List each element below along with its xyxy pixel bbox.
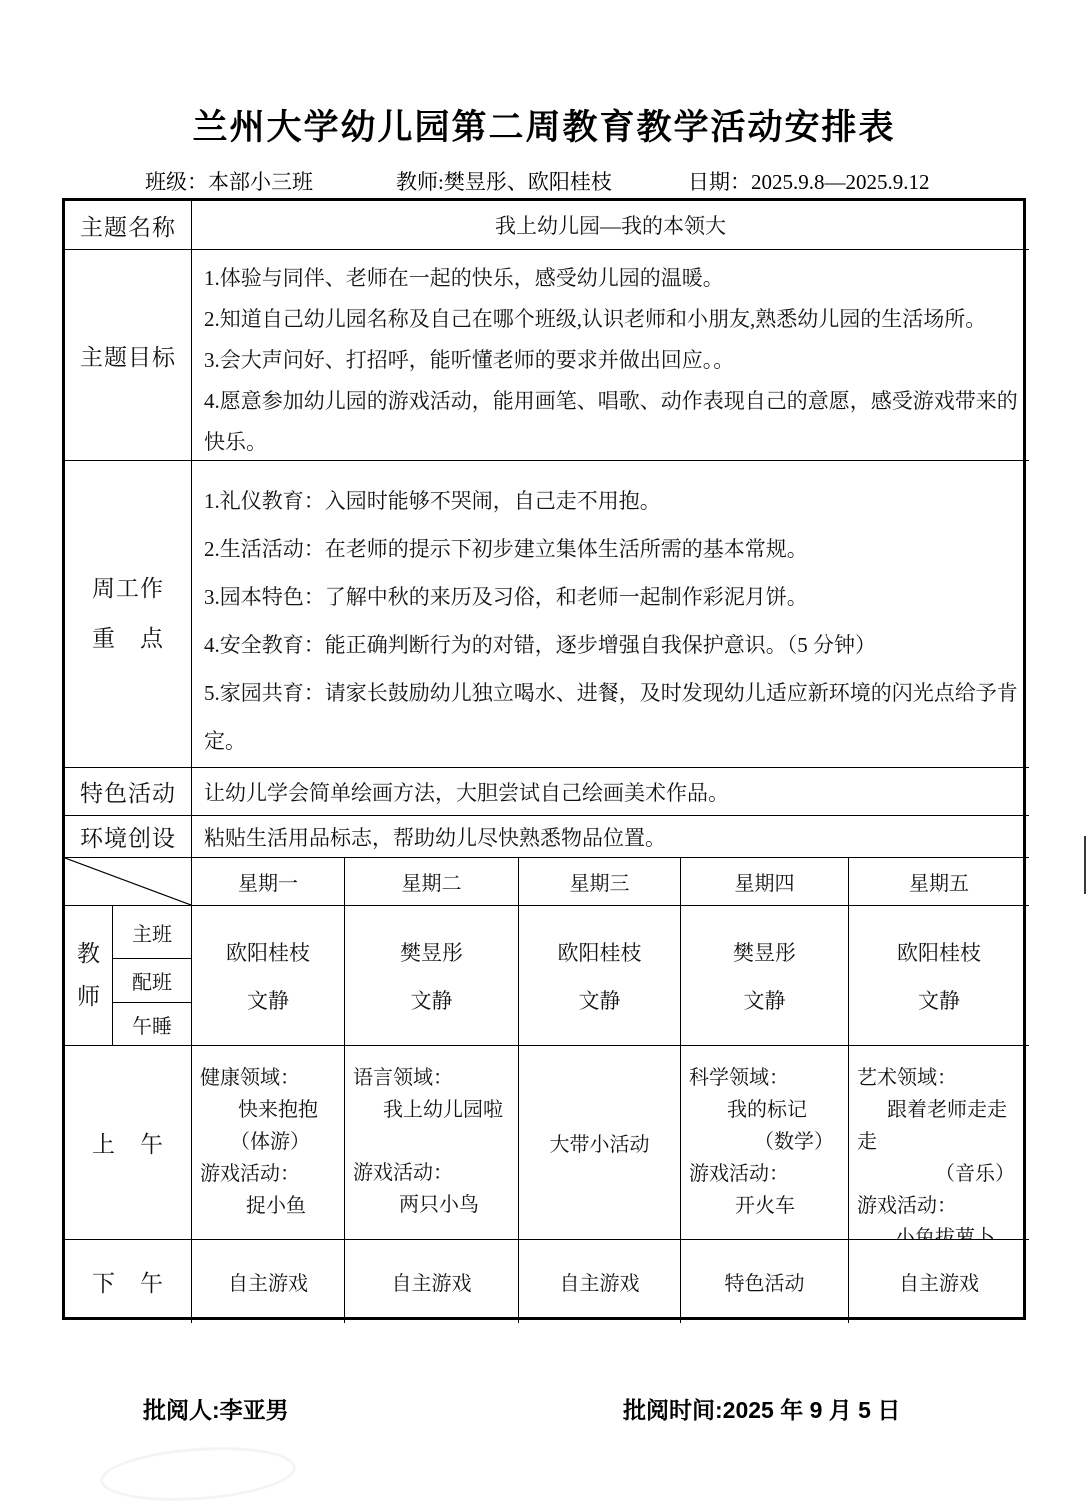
focus-item: 3.园本特色：了解中秋的来历及习俗，和老师一起制作彩泥月饼。 (204, 573, 1019, 621)
morning-cell-tuesday: 语言领域： 我上幼儿园啦 游戏活动： 两只小鸟 (345, 1046, 519, 1240)
weekday-header-thursday: 星期四 (681, 858, 849, 906)
game-label: 游戏活动： (200, 1158, 340, 1190)
diagonal-header-cell (65, 858, 192, 906)
theme-goals-content: 1.体验与同伴、老师在一起的快乐，感受幼儿园的温暖。 2.知道自己幼儿园名称及自… (192, 250, 1029, 461)
main-teacher: 欧阳桂枝 (226, 937, 310, 967)
domain-label: 语言领域： (353, 1062, 514, 1094)
morning-game-block: 游戏活动： 小兔拔萝卜 (857, 1190, 1025, 1240)
theme-goals-label: 主题目标 (65, 250, 192, 461)
goal-item: 3.会大声问好、打招呼，能听懂老师的要求并做出回应。。 (204, 340, 1019, 381)
class-info: 班级：本部小三班 (145, 166, 313, 196)
game-label: 游戏活动： (689, 1158, 844, 1190)
teacher-label-text: 教师 (75, 933, 103, 1018)
focus-item: 1.礼仪教育：入园时能够不哭闹，自己走不用抱。 (204, 477, 1019, 525)
focus-item: 5.家园共育：请家长鼓励幼儿独立喝水、进餐，及时发现幼儿适应新环境的闪光点给予肯… (204, 669, 1019, 765)
main-teacher: 欧阳桂枝 (558, 937, 642, 967)
activity-name: 我上幼儿园啦 (353, 1094, 514, 1126)
morning-lesson-block: 健康领域： 快来抱抱 （体游） (200, 1062, 340, 1158)
assist-teacher: 文静 (411, 985, 453, 1015)
afternoon-cell-monday: 自主游戏 (192, 1240, 345, 1323)
document-page: 兰州大学幼儿园第二周教育教学活动安排表 班级：本部小三班 教师:樊昱彤、欧阳桂枝… (0, 0, 1088, 1504)
morning-cell-monday: 健康领域： 快来抱抱 （体游） 游戏活动： 捉小鱼 (192, 1046, 345, 1240)
special-activity-label: 特色活动 (65, 768, 192, 816)
morning-row-label: 上 午 (65, 1046, 192, 1240)
theme-name-label: 主题名称 (65, 201, 192, 250)
goal-item: 1.体验与同伴、老师在一起的快乐，感受幼儿园的温暖。 (204, 258, 1019, 299)
environment-value: 粘贴生活用品标志，帮助幼儿尽快熟悉物品位置。 (192, 816, 1029, 858)
main-teacher: 欧阳桂枝 (897, 937, 981, 967)
assist-teacher: 文静 (744, 985, 786, 1015)
morning-cell-thursday: 科学领域： 我的标记 （数学） 游戏活动： 开火车 (681, 1046, 849, 1240)
activity-name: 快来抱抱 (200, 1094, 340, 1126)
morning-cell-wednesday: 大带小活动 (519, 1046, 681, 1240)
date-info: 日期：2025.9.8—2025.9.12 (688, 166, 930, 196)
activity-note: （音乐） (857, 1158, 1025, 1190)
morning-lesson-block: 语言领域： 我上幼儿园啦 (353, 1062, 514, 1126)
review-time: 批阅时间:2025 年 9 月 5 日 (623, 1392, 900, 1425)
morning-lesson-block: 科学领域： 我的标记 （数学） (689, 1062, 844, 1158)
teacher-cell-friday: 欧阳桂枝 文静 (849, 906, 1029, 1046)
activity-note: （数学） (689, 1126, 844, 1158)
scan-artifact-line (1084, 836, 1086, 894)
page-title: 兰州大学幼儿园第二周教育教学活动安排表 (0, 100, 1088, 150)
focus-item: 2.生活活动：在老师的提示下初步建立集体生活所需的基本常规。 (204, 525, 1019, 573)
main-teacher: 樊昱彤 (733, 937, 796, 967)
game-name: 开火车 (689, 1190, 844, 1222)
morning-cell-friday: 艺术领域： 跟着老师走走 走 （音乐） 游戏活动： 小兔拔萝卜 (849, 1046, 1029, 1240)
teacher-sub-label-assist: 配班 (113, 959, 192, 1003)
afternoon-cell-thursday: 特色活动 (681, 1240, 849, 1323)
teacher-info: 教师:樊昱彤、欧阳桂枝 (396, 166, 612, 196)
weekday-header-friday: 星期五 (849, 858, 1029, 906)
domain-label: 健康领域： (200, 1062, 340, 1094)
weekday-header-tuesday: 星期二 (345, 858, 519, 906)
game-label: 游戏活动： (353, 1157, 514, 1189)
afternoon-cell-friday: 自主游戏 (849, 1240, 1029, 1323)
activity-note: （体游） (200, 1126, 340, 1158)
teacher-sub-label-nap: 午睡 (113, 1003, 192, 1046)
activity-name: 跟着老师走走 (857, 1094, 1025, 1126)
morning-game-block: 游戏活动： 开火车 (689, 1158, 844, 1222)
diagonal-line (65, 858, 191, 905)
game-name: 两只小鸟 (353, 1189, 514, 1221)
focus-item: 4.安全教育：能正确判断行为的对错，逐步增强自我保护意识。（5 分钟） (204, 621, 1019, 669)
morning-game-block: 游戏活动： 两只小鸟 (353, 1157, 514, 1221)
activity-name: 大带小活动 (550, 1128, 650, 1157)
environment-label: 环境创设 (65, 816, 192, 858)
domain-label: 科学领域： (689, 1062, 844, 1094)
goal-item: 4.愿意参加幼儿园的游戏活动，能用画笔、唱歌、动作表现自己的意愿，感受游戏带来的… (204, 381, 1019, 461)
game-name: 捉小鱼 (200, 1190, 340, 1222)
afternoon-cell-wednesday: 自主游戏 (519, 1240, 681, 1323)
week-focus-label: 周工作 重 点 (65, 461, 192, 768)
teacher-row-label: 教师 (65, 906, 113, 1046)
domain-label: 艺术领域： (857, 1062, 1025, 1094)
assist-teacher: 文静 (579, 985, 621, 1015)
theme-name-value: 我上幼儿园—我的本领大 (192, 201, 1029, 250)
morning-game-block: 游戏活动： 捉小鱼 (200, 1158, 340, 1222)
afternoon-cell-tuesday: 自主游戏 (345, 1240, 519, 1323)
week-focus-label-line1: 周工作 (92, 564, 164, 614)
week-focus-content: 1.礼仪教育：入园时能够不哭闹，自己走不用抱。 2.生活活动：在老师的提示下初步… (192, 461, 1029, 768)
afternoon-row-label: 下 午 (65, 1240, 192, 1323)
scan-smudge (98, 1441, 297, 1504)
assist-teacher: 文静 (247, 985, 289, 1015)
teacher-sub-label-main: 主班 (113, 906, 192, 959)
goal-item: 2.知道自己幼儿园名称及自己在哪个班级,认识老师和小朋友,熟悉幼儿园的生活场所。 (204, 299, 1019, 340)
activity-name: 我的标记 (689, 1094, 844, 1126)
schedule-table: 主题名称 我上幼儿园—我的本领大 主题目标 1.体验与同伴、老师在一起的快乐，感… (62, 198, 1026, 1320)
assist-teacher: 文静 (918, 985, 960, 1015)
teacher-cell-monday: 欧阳桂枝 文静 (192, 906, 345, 1046)
teacher-cell-wednesday: 欧阳桂枝 文静 (519, 906, 681, 1046)
main-teacher: 樊昱彤 (400, 937, 463, 967)
special-activity-value: 让幼儿学会简单绘画方法，大胆尝试自己绘画美术作品。 (192, 768, 1029, 816)
weekday-header-wednesday: 星期三 (519, 858, 681, 906)
weekday-header-monday: 星期一 (192, 858, 345, 906)
reviewer-name: 批阅人:李亚男 (143, 1392, 289, 1425)
game-name: 小兔拔萝卜 (857, 1222, 1025, 1240)
morning-lesson-block: 艺术领域： 跟着老师走走 走 （音乐） (857, 1062, 1025, 1190)
week-focus-label-line2: 重 点 (92, 614, 164, 664)
activity-name-wrap: 走 (857, 1126, 1025, 1158)
game-label: 游戏活动： (857, 1190, 1025, 1222)
teacher-cell-thursday: 樊昱彤 文静 (681, 906, 849, 1046)
teacher-cell-tuesday: 樊昱彤 文静 (345, 906, 519, 1046)
